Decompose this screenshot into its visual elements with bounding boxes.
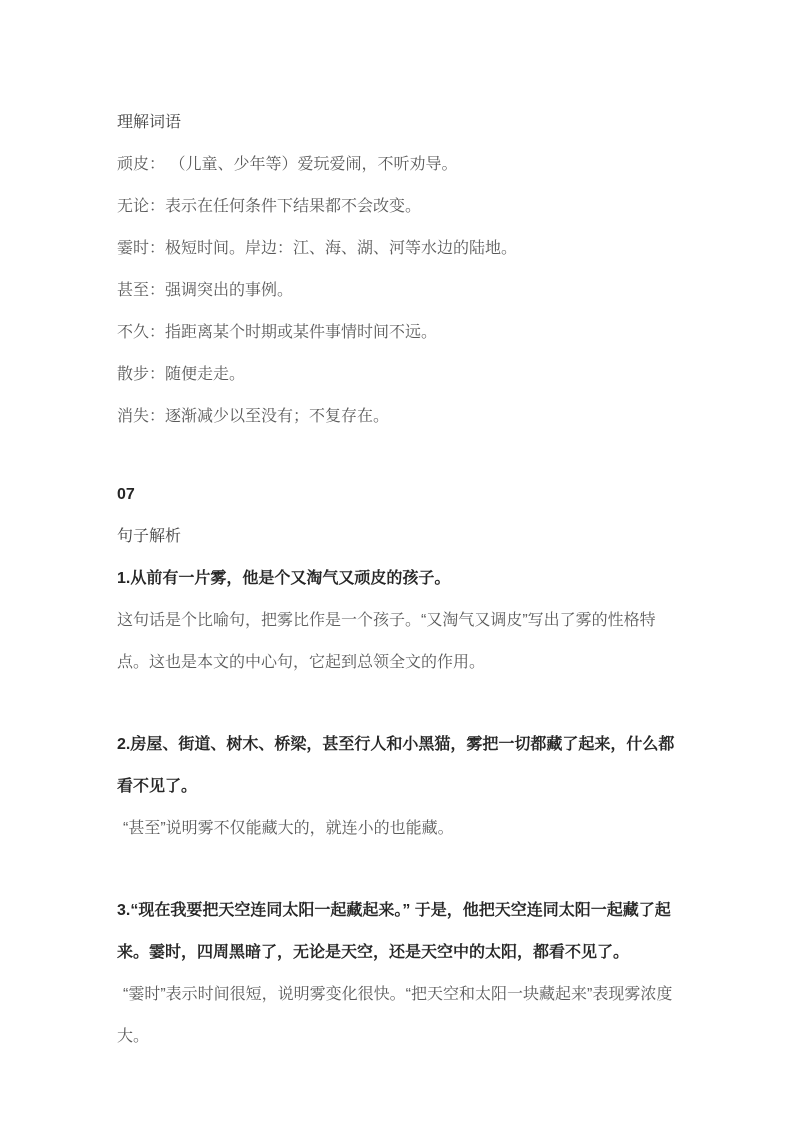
explanation-text: “霎时”表示时间很短，说明雾变化很快。“把天空和太阳一块藏起来”表现雾浓度大。 <box>117 974 685 1058</box>
analysis-section: 07 句子解析 1.从前有一片雾，他是个又淘气又顽皮的孩子。 这句话是个比喻句，… <box>117 474 685 1058</box>
vocab-heading: 理解词语 <box>117 102 685 144</box>
analysis-entry: 1.从前有一片雾，他是个又淘气又顽皮的孩子。 这句话是个比喻句，把雾比作是一个孩… <box>117 558 685 684</box>
sentence-text: 1.从前有一片雾，他是个又淘气又顽皮的孩子。 <box>117 558 685 600</box>
vocab-item: 顽皮： （儿童、少年等）爱玩爱闹，不听劝导。 <box>117 144 685 186</box>
vocab-item: 甚至：强调突出的事例。 <box>117 270 685 312</box>
analysis-entry: 3.“现在我要把天空连同太阳一起藏起来。” 于是，他把天空连同太阳一起藏了起来。… <box>117 890 685 1058</box>
vocab-item: 无论：表示在任何条件下结果都不会改变。 <box>117 186 685 228</box>
vocab-item: 霎时：极短时间。岸边：江、海、湖、河等水边的陆地。 <box>117 228 685 270</box>
vocab-item: 不久：指距离某个时期或某件事情时间不远。 <box>117 312 685 354</box>
vocab-item: 散步：随便走走。 <box>117 354 685 396</box>
vocab-section: 理解词语 顽皮： （儿童、少年等）爱玩爱闹，不听劝导。 无论：表示在任何条件下结… <box>117 102 685 438</box>
analysis-entry: 2.房屋、街道、树木、桥梁，甚至行人和小黑猫，雾把一切都藏了起来，什么都看不见了… <box>117 724 685 850</box>
sentence-text: 2.房屋、街道、树木、桥梁，甚至行人和小黑猫，雾把一切都藏了起来，什么都看不见了… <box>117 724 685 808</box>
sentence-text: 3.“现在我要把天空连同太阳一起藏起来。” 于是，他把天空连同太阳一起藏了起来。… <box>117 890 685 974</box>
explanation-text: 这句话是个比喻句，把雾比作是一个孩子。“又淘气又调皮”写出了雾的性格特点。这也是… <box>117 600 685 684</box>
section-number: 07 <box>117 474 685 516</box>
analysis-heading: 句子解析 <box>117 516 685 558</box>
explanation-text: “甚至”说明雾不仅能藏大的，就连小的也能藏。 <box>117 808 685 850</box>
vocab-item: 消失：逐渐减少以至没有；不复存在。 <box>117 396 685 438</box>
document-page: 理解词语 顽皮： （儿童、少年等）爱玩爱闹，不听劝导。 无论：表示在任何条件下结… <box>0 0 793 1122</box>
